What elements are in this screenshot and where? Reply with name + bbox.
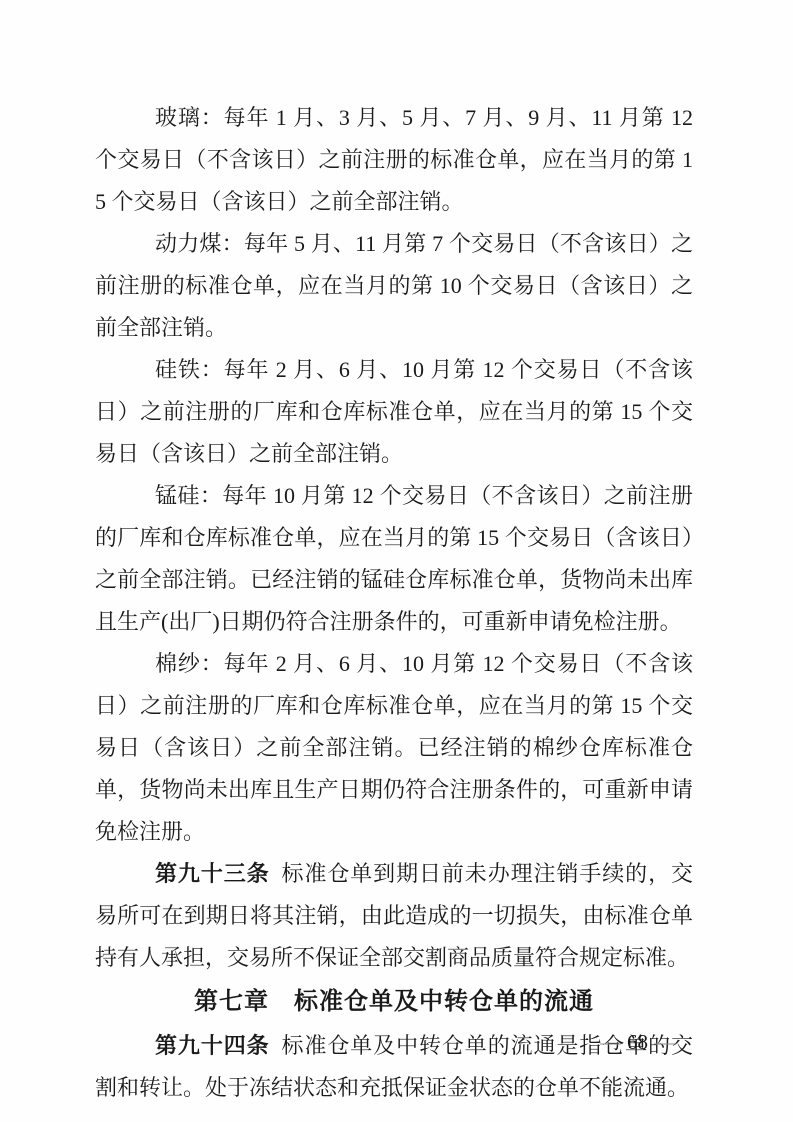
page-number-left-dash: — <box>600 1030 621 1054</box>
article-94-number: 第九十四条 <box>155 1033 270 1058</box>
page-body: 玻璃：每年 1 月、3 月、5 月、7 月、9 月、11 月第 12 个交易日（… <box>95 97 693 1109</box>
page-number-right-dash: — <box>654 1030 675 1054</box>
document-page: 玻璃：每年 1 月、3 月、5 月、7 月、9 月、11 月第 12 个交易日（… <box>0 0 793 1122</box>
paragraph-ferrosilicon-rule: 硅铁：每年 2 月、6 月、10 月第 12 个交易日（不含该日）之前注册的厂库… <box>95 349 693 475</box>
paragraph-article-93: 第九十三条标准仓单到期日前未办理注销手续的，交易所可在到期日将其注销，由此造成的… <box>95 853 693 979</box>
chapter-heading: 第七章 标准仓单及中转仓单的流通 <box>95 979 693 1025</box>
paragraph-silicomanganese-rule: 锰硅：每年 10 月第 12 个交易日（不含该日）之前注册的厂库和仓库标准仓单，… <box>95 475 693 643</box>
paragraph-thermal-coal-rule: 动力煤：每年 5 月、11 月第 7 个交易日（不含该日）之前注册的标准仓单，应… <box>95 223 693 349</box>
page-number-value: 68 <box>627 1030 648 1054</box>
paragraph-cotton-yarn-rule: 棉纱：每年 2 月、6 月、10 月第 12 个交易日（不含该日）之前注册的厂库… <box>95 643 693 853</box>
paragraph-glass-rule: 玻璃：每年 1 月、3 月、5 月、7 月、9 月、11 月第 12 个交易日（… <box>95 97 693 223</box>
article-93-number: 第九十三条 <box>155 861 270 886</box>
page-number: —68— <box>600 1030 675 1054</box>
